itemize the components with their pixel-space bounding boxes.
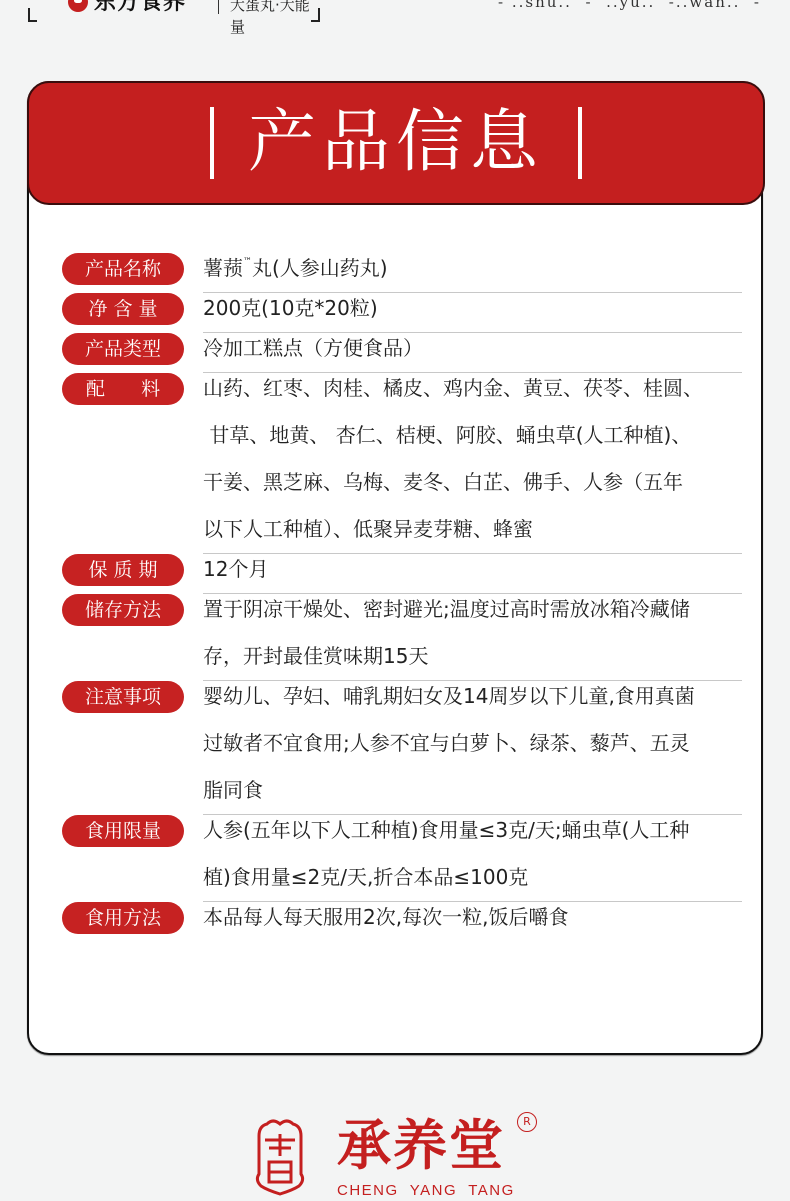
registered-mark-icon: R (517, 1112, 537, 1132)
trademark-mark: ™ (243, 257, 252, 267)
row-usage: 食用方法 本品每人每天服用2次,每次一粒,饭后嚼食 (62, 902, 744, 941)
value-line: 过敏者不宜食用;人参不宜与白萝卜、绿茶、藜芦、五灵 (203, 720, 742, 767)
brand-slogan: 大蛋丸·大能量 (230, 0, 320, 38)
row-storage: 储存方法 置于阴凉干燥处、密封避光;温度过高时需放冰箱冷藏储 存，开封最佳赏味期… (62, 594, 744, 681)
label-pill: 注意事项 (62, 681, 184, 713)
pinyin-tagline: - ..shu.. - ..yu.. -..wan.. - (498, 0, 761, 12)
seal-logo-icon (253, 1118, 307, 1198)
label-pill: 净 含 量 (62, 293, 184, 325)
value-line: 人参(五年以下人工种植)食用量≤3克/天;蛹虫草(人工种 (203, 807, 742, 854)
title-bar-left (210, 107, 214, 179)
row-value: 本品每人每天服用2次,每次一粒,饭后嚼食 (203, 894, 742, 941)
logo-english-name: CHENG YANG TANG (337, 1182, 515, 1200)
top-brand-strip: 东方食养 大蛋丸·大能量 - ..shu.. - ..yu.. -..wan..… (0, 0, 790, 30)
product-info-card: 产品信息 产品名称 薯蓣™丸(人参山药丸) 净 含 量 200克(10克*20粒… (27, 81, 763, 1055)
info-rows: 产品名称 薯蓣™丸(人参山药丸) 净 含 量 200克(10克*20粒) 产品类… (62, 253, 744, 941)
row-precautions: 注意事项 婴幼儿、孕妇、哺乳期妇女及14周岁以下儿童,食用真菌 过敏者不宜食用;… (62, 681, 744, 815)
label-pill: 保 质 期 (62, 554, 184, 586)
brand-divider (218, 0, 219, 14)
bracket-corner-right (311, 8, 320, 22)
row-intake-limit: 食用限量 人参(五年以下人工种植)食用量≤3克/天;蛹虫草(人工种 植)食用量≤… (62, 815, 744, 902)
row-value: 山药、红枣、肉桂、橘皮、鸡内金、黄豆、茯苓、桂圆、 甘草、地黄、 杏仁、桔梗、阿… (203, 365, 742, 554)
bracket-corner-left (28, 8, 37, 22)
label-pill: 产品类型 (62, 333, 184, 365)
label-pill: 配 料 (62, 373, 184, 405)
value-text: 薯蓣 (203, 256, 243, 280)
label-pill: 食用方法 (62, 902, 184, 934)
row-ingredients: 配 料 山药、红枣、肉桂、橘皮、鸡内金、黄豆、茯苓、桂圆、 甘草、地黄、 杏仁、… (62, 373, 744, 554)
label-pill: 食用限量 (62, 815, 184, 847)
value-line: 置于阴凉干燥处、密封避光;温度过高时需放冰箱冷藏储 (203, 586, 742, 633)
card-title: 产品信息 (248, 103, 544, 183)
logo-chinese-name: 承养堂 (337, 1116, 505, 1176)
card-header: 产品信息 (27, 81, 765, 205)
label-pill: 储存方法 (62, 594, 184, 626)
value-text: 丸(人参山药丸) (252, 256, 388, 280)
value-line: 甘草、地黄、 杏仁、桔梗、阿胶、蛹虫草(人工种植)、 (203, 412, 742, 459)
brand-logo-icon (68, 0, 88, 12)
label-pill: 产品名称 (62, 253, 184, 285)
value-line: 婴幼儿、孕妇、哺乳期妇女及14周岁以下儿童,食用真菌 (203, 673, 742, 720)
value-line: 山药、红枣、肉桂、橘皮、鸡内金、黄豆、茯苓、桂圆、 (203, 365, 742, 412)
title-bar-right (578, 107, 582, 179)
row-value: 置于阴凉干燥处、密封避光;温度过高时需放冰箱冷藏储 存，开封最佳赏味期15天 (203, 586, 742, 681)
brand-name: 东方食养 (94, 0, 186, 16)
footer-brand-logo: 承养堂 R CHENG YANG TANG (253, 1112, 543, 1201)
row-value: 婴幼儿、孕妇、哺乳期妇女及14周岁以下儿童,食用真菌 过敏者不宜食用;人参不宜与… (203, 673, 742, 815)
value-line: 干姜、黑芝麻、乌梅、麦冬、白芷、佛手、人参（五年 (203, 459, 742, 506)
value-line: 本品每人每天服用2次,每次一粒,饭后嚼食 (203, 894, 742, 941)
row-value: 人参(五年以下人工种植)食用量≤3克/天;蛹虫草(人工种 植)食用量≤2克/天,… (203, 807, 742, 902)
brand-bracket: 东方食养 大蛋丸·大能量 (28, 0, 320, 22)
